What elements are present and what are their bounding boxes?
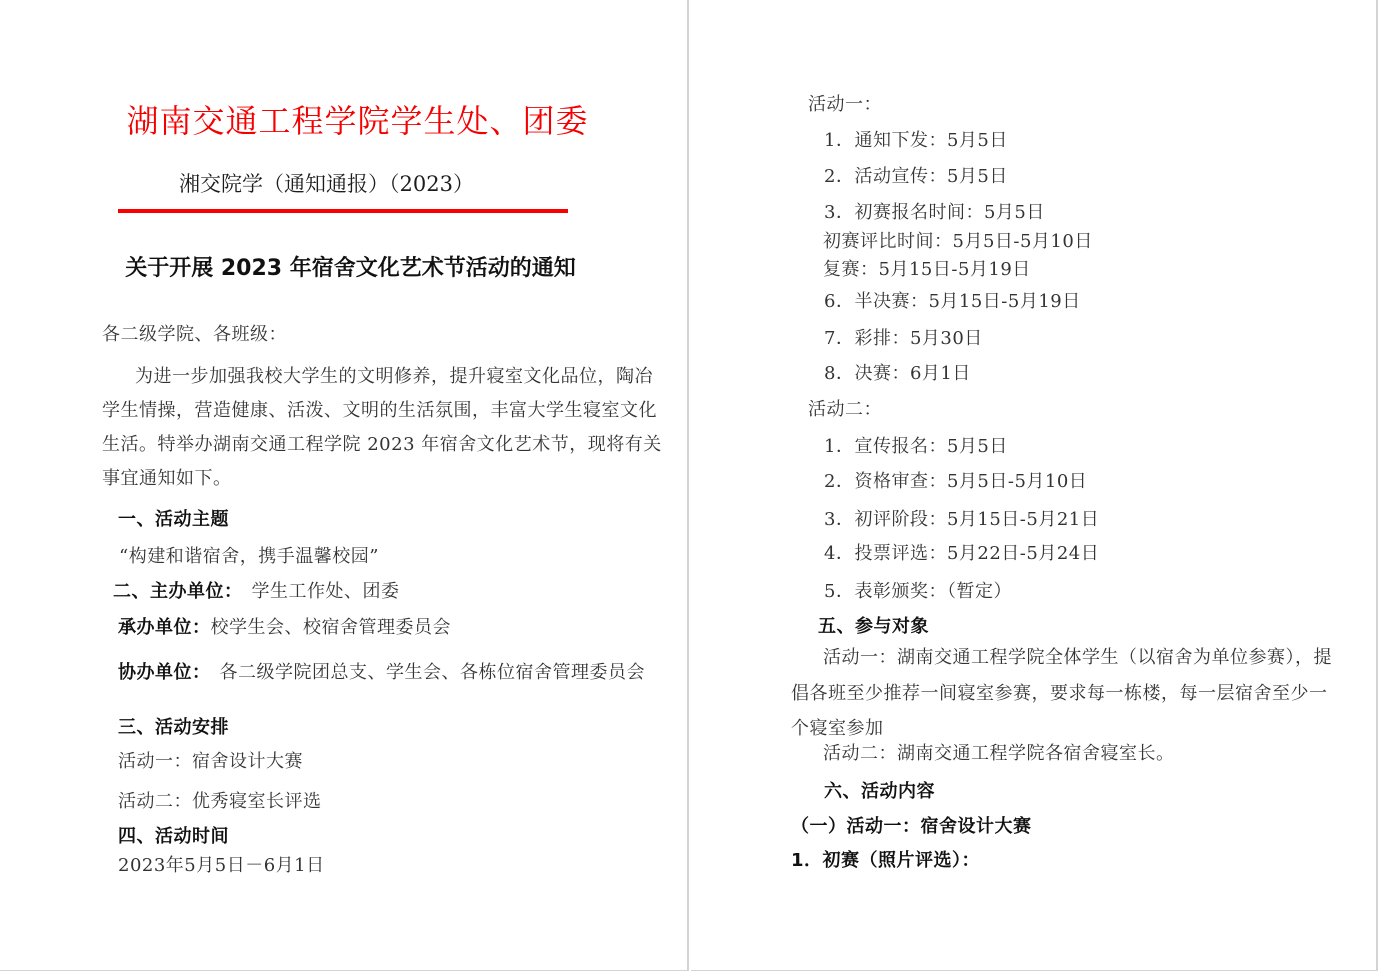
organizer-unit-line: 承办单位：校学生会、校宿舍管理委员会 [118,617,451,639]
activity2-item-2: 2．资格审查：5月5日-5月10日 [824,471,1087,493]
host-unit-line: 二、主办单位：学生工作处、团委 [113,581,400,603]
heading-activity-theme: 一、活动主题 [118,509,229,531]
heading-participants: 五、参与对象 [818,616,929,638]
host-unit-label: 二、主办单位： [113,581,243,602]
activity1-item-6: 6．半决赛：5月15日-5月19日 [824,291,1081,313]
page-2: 活动一： 1．通知下发：5月5日 2．活动宣传：5月5日 3．初赛报名时间：5月… [691,0,1378,971]
document-viewer: 湖南交通工程学院学生处、团委 湘交院学（通知通报）（2023） 关于开展 202… [0,0,1382,977]
intro-line-2: 学生情操，营造健康、活泼、文明的生活氛围，丰富大学生寝室文化 [102,400,657,422]
heading-activity-time: 四、活动时间 [118,826,229,848]
participants-activity1-line-2: 倡各班至少推荐一间寝室参赛，要求每一栋楼，每一层宿舍至少一 [791,683,1328,705]
letterhead-title: 湖南交通工程学院学生处、团委 [0,96,687,142]
host-unit-value: 学生工作处、团委 [252,581,400,602]
activity1-item-3: 3．初赛报名时间：5月5日 [824,202,1045,224]
co-organizer-unit-line: 协办单位：各二级学院团总支、学生会、各栋位宿舍管理委员会 [118,662,645,684]
intro-line-1: 为进一步加强我校大学生的文明修养，提升寝室文化品位，陶冶 [135,366,653,388]
participants-activity1-line-3: 个寝室参加 [791,718,884,740]
intro-line-4: 事宜通知如下。 [102,468,232,490]
participants-activity2-line: 活动二：湖南交通工程学院各宿舍寝室长。 [823,743,1175,765]
salutation: 各二级学院、各班级： [102,324,287,346]
organizer-unit-value: 校学生会、校宿舍管理委员会 [211,617,452,638]
activity-2-label: 活动二： [808,399,882,421]
activity1-item-3-sub-2: 复赛：5月15日-5月19日 [823,259,1031,281]
activity1-item-8: 8．决赛：6月1日 [824,363,971,385]
activity1-item-3-sub-1: 初赛评比时间：5月5日-5月10日 [823,231,1093,253]
participants-activity1-line-1: 活动一：湖南交通工程学院全体学生（以宿舍为单位参赛），提 [823,647,1332,669]
co-organizer-unit-value: 各二级学院团总支、学生会、各栋位宿舍管理委员会 [220,662,646,683]
activity-time-range: 2023年5月5日－6月1日 [118,855,325,877]
heading-preliminary-round: 1．初赛（照片评选）： [791,850,980,872]
heading-activity-schedule: 三、活动安排 [118,717,229,739]
activity1-item-2: 2．活动宣传：5月5日 [824,166,1008,188]
schedule-activity-1: 活动一：宿舍设计大赛 [118,751,303,773]
heading-activity-content: 六、活动内容 [824,781,935,803]
schedule-activity-2: 活动二：优秀寝室长评选 [118,791,322,813]
theme-quote: “构建和谐宿舍，携手温馨校园” [119,546,379,568]
activity2-item-4: 4．投票评选：5月22日-5月24日 [824,543,1099,565]
activity1-item-1: 1．通知下发：5月5日 [824,130,1008,152]
activity-1-label: 活动一： [808,94,882,116]
organizer-unit-label: 承办单位： [118,617,211,638]
letterhead-divider-rule [118,209,568,213]
heading-content-activity-1: （一）活动一：宿舍设计大赛 [791,816,1032,838]
co-organizer-unit-label: 协办单位： [118,662,211,683]
activity1-item-7: 7．彩排：5月30日 [824,328,983,350]
document-number: 湘交院学（通知通报）（2023） [0,168,687,198]
activity2-item-3: 3．初评阶段：5月15日-5月21日 [824,509,1099,531]
notice-title: 关于开展 2023 年宿舍文化艺术节活动的通知 [0,251,687,282]
page-1: 湖南交通工程学院学生处、团委 湘交院学（通知通报）（2023） 关于开展 202… [0,0,689,971]
activity2-item-1: 1．宣传报名：5月5日 [824,436,1008,458]
intro-line-3: 生活。特举办湖南交通工程学院 2023 年宿舍文化艺术节，现将有关 [102,434,662,456]
activity2-item-5: 5．表彰颁奖：（暂定） [824,581,1012,603]
